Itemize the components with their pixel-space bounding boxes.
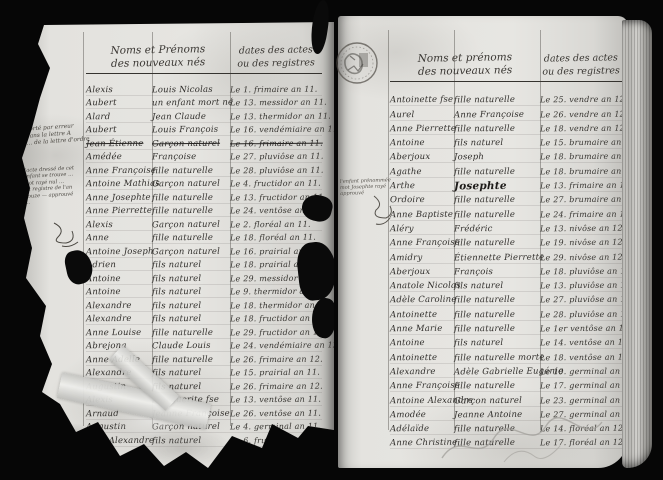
left-page: porté par erreurdans la lettre A… de la … bbox=[18, 20, 334, 472]
surname-cell: Agathe bbox=[390, 167, 454, 178]
given-name-cell: Étiennette Pierrette bbox=[454, 252, 540, 263]
act-date-cell: Le 19. nivôse an 12. bbox=[540, 238, 622, 249]
table-header: Noms et Prénoms des nouveaux nés dates d… bbox=[86, 44, 322, 70]
table-row: Antoinette fille naturelle Le 28. pluviô… bbox=[390, 306, 622, 320]
table-row: Alexis Garçon naturel Le 2. floréal an 1… bbox=[86, 217, 322, 231]
table-row: Aurel Anne Françoise Le 26. vendre an 12… bbox=[390, 106, 622, 120]
given-name-cell: Louis François bbox=[152, 125, 230, 136]
surname-cell: Amédée bbox=[86, 152, 152, 163]
given-name-cell: Garçon naturel bbox=[152, 138, 230, 149]
act-date-cell: Le 10. germinal an 12. bbox=[540, 367, 622, 378]
given-name-cell: fils naturel bbox=[152, 287, 230, 298]
act-date-cell: Le 13. messidor an 11. bbox=[230, 98, 322, 109]
table-row: Anne Louise fille naturelle Le 29. fruct… bbox=[86, 325, 322, 339]
surname-cell: Anne bbox=[86, 233, 152, 244]
table-row: Amidry Étiennette Pierrette Le 29. nivôs… bbox=[390, 249, 622, 263]
act-date-cell: Le 29. fructidor an 11. bbox=[230, 327, 322, 338]
table-row: Anatole Nicolas fils naturel Le 13. pluv… bbox=[390, 278, 622, 292]
given-name-cell: fille naturelle bbox=[454, 124, 540, 135]
header-line: des nouveaux nés bbox=[390, 64, 540, 80]
column-rule bbox=[388, 30, 389, 430]
register-table-right: Noms et prénoms des nouveaux nés dates d… bbox=[390, 52, 622, 449]
act-date-cell: Le 18. thermidor an 11. bbox=[230, 300, 322, 311]
surname-cell: Anne Françoise bbox=[86, 165, 152, 176]
surname-cell: Anne Françoise bbox=[390, 381, 454, 392]
given-name-cell: Frédéric bbox=[454, 224, 540, 235]
surname-cell: Antoinette bbox=[390, 309, 454, 320]
act-date-cell: Le 29. nivôse an 12. bbox=[540, 252, 622, 263]
act-date-cell: Le 16. vendémiaire an 11. bbox=[230, 125, 322, 136]
act-date-cell: Le 4. fructidor an 11. bbox=[230, 179, 322, 190]
surname-cell: Anne Marie bbox=[390, 324, 454, 335]
surname-cell: Alexis bbox=[86, 84, 152, 95]
table-row: Anne Françoise fille naturelle Le 17. ge… bbox=[390, 378, 622, 392]
surname-cell: Aubert bbox=[86, 125, 152, 136]
act-date-cell: Le 26. frimaire an 12. bbox=[230, 354, 322, 365]
given-name-cell: fille naturelle bbox=[454, 95, 540, 106]
given-name-cell: Françoise bbox=[152, 152, 230, 163]
pencil-scribble bbox=[434, 412, 614, 470]
act-date-cell: Le 15. prairial an 11. bbox=[230, 368, 322, 379]
table-row: Arthe Josephte Le 13. frimaire an 12. bbox=[390, 178, 622, 192]
given-name-cell: Jean Claude bbox=[152, 111, 230, 122]
surname-cell: Arthe bbox=[390, 181, 454, 192]
table-row: Adèle Caroline fille naturelle Le 27. pl… bbox=[390, 292, 622, 306]
act-date-cell: Le 26. ventôse an 11. bbox=[230, 408, 322, 419]
surname-cell: Aurel bbox=[390, 109, 454, 120]
given-name-cell: fils naturel bbox=[152, 300, 230, 311]
surname-cell: Aubert bbox=[86, 98, 152, 109]
surname-cell: Adrien bbox=[86, 260, 152, 271]
table-row: Alexandre fils naturel Le 18. thermidor … bbox=[86, 298, 322, 312]
act-date-cell: Le 18. brumaire an 12. bbox=[540, 152, 622, 163]
given-name-cell: fille naturelle bbox=[152, 233, 230, 244]
given-name-cell: fille naturelle bbox=[454, 238, 540, 249]
table-row: Anne Pierrette fille naturelle Le 18. ve… bbox=[390, 121, 622, 135]
act-date-cell: Le 14. ventôse an 12. bbox=[540, 338, 622, 349]
table-row: Aubert un enfant mort né Le 13. messidor… bbox=[86, 96, 322, 110]
surname-cell: Alexandre bbox=[86, 314, 152, 325]
surname-cell: Amidry bbox=[390, 252, 454, 263]
act-date-cell: Le 2. floréal an 11. bbox=[230, 219, 322, 230]
given-name-cell: fils naturel bbox=[152, 260, 230, 271]
surname-cell: Anne Josephte bbox=[86, 192, 152, 203]
given-name-cell: fille naturelle bbox=[454, 295, 540, 306]
act-date-cell: Le 23. germinal an 12. bbox=[540, 395, 622, 406]
column-header-dates: dates des actes ou des registres bbox=[230, 43, 322, 71]
column-header-dates: dates des actes ou des registres bbox=[540, 51, 622, 78]
surname-cell: Antoine bbox=[390, 338, 454, 349]
surname-cell: Anatole Nicolas bbox=[390, 281, 454, 292]
act-date-cell: Le 13. pluviôse an 12. bbox=[540, 281, 622, 292]
surname-cell: Aberjoux bbox=[390, 152, 454, 163]
surname-cell: Antoine Joseph bbox=[86, 246, 152, 257]
table-row: Anne Françoise fille naturelle Le 28. pl… bbox=[86, 163, 322, 177]
given-name-cell: fils naturel bbox=[454, 138, 540, 149]
given-name-cell: fille naturelle bbox=[152, 206, 230, 217]
surname-cell: Adèle Caroline bbox=[390, 295, 454, 306]
surname-cell: Anne Pierrette bbox=[390, 124, 454, 135]
right-page: l'enfant prénomméemot Josephte rayéappro… bbox=[338, 16, 628, 468]
given-name-cell: un enfant mort né bbox=[152, 98, 230, 109]
surname-cell: Alexis bbox=[86, 219, 152, 230]
table-row: Aléry Frédéric Le 13. nivôse an 12. bbox=[390, 221, 622, 235]
given-name-cell: Garçon naturel bbox=[152, 179, 230, 190]
given-name-cell: Josephte bbox=[454, 181, 540, 192]
signature-paraph-icon bbox=[48, 220, 82, 250]
act-date-cell: Le 4. germinal an 11. bbox=[230, 422, 322, 433]
surname-cell: Alexandre bbox=[390, 367, 454, 378]
surname-cell: Ordoire bbox=[390, 195, 454, 206]
given-name-cell: fils naturel bbox=[152, 273, 230, 284]
act-date-cell: Le 17. germinal an 12. bbox=[540, 381, 622, 392]
given-name-cell: fille naturelle bbox=[454, 209, 540, 220]
given-name-cell: François bbox=[454, 266, 540, 277]
archive-stamp-icon bbox=[335, 40, 379, 86]
surname-cell: Antoine bbox=[390, 138, 454, 149]
given-name-cell: fille naturelle bbox=[454, 195, 540, 206]
act-date-cell: Le 15. brumaire an 12. bbox=[540, 138, 622, 149]
given-name-cell: Joseph bbox=[454, 152, 540, 163]
table-row: Antoinette fse fille naturelle Le 25. ve… bbox=[390, 92, 622, 106]
surname-cell: Anne Françoise bbox=[390, 238, 454, 249]
given-name-cell: fille naturelle bbox=[454, 381, 540, 392]
act-date-cell: Le 28. pluviôse an 11. bbox=[230, 165, 322, 176]
given-name-cell: fils naturel bbox=[454, 338, 540, 349]
table-row: Alexandre fils naturel Le 18. fructidor … bbox=[86, 312, 322, 326]
given-name-cell: Garçon naturel bbox=[152, 246, 230, 257]
surname-cell: Antoinette fse bbox=[390, 95, 454, 106]
header-line: ou des registres bbox=[230, 56, 322, 71]
table-row: Antoinette fille naturelle morte Le 18. … bbox=[390, 349, 622, 363]
given-name-cell: Louis Nicolas bbox=[152, 84, 230, 95]
act-date-cell: Le 28. pluviôse an 12. bbox=[540, 309, 622, 320]
register-scan: porté par erreurdans la lettre A… de la … bbox=[0, 0, 663, 480]
act-date-cell: Le 6. fructidor an 12. bbox=[230, 435, 322, 446]
act-date-cell: Le 16. frimaire an 11. bbox=[230, 138, 322, 149]
surname-cell: Anne Pierrette bbox=[86, 206, 152, 217]
table-row: Anne Pierrette fille naturelle Le 24. ve… bbox=[86, 204, 322, 218]
table-row: Anne Marie fille naturelle Le 1er ventôs… bbox=[390, 321, 622, 335]
act-date-cell: Le 26. frimaire an 12. bbox=[230, 381, 322, 392]
table-row: Antoine fils naturel Le 29. messidor an … bbox=[86, 271, 322, 285]
given-name-cell: Garçon naturel bbox=[152, 219, 230, 230]
table-row: Aberjoux François Le 18. pluviôse an 12. bbox=[390, 264, 622, 278]
given-name-cell: fille naturelle bbox=[454, 324, 540, 335]
table-row: Antoine Joseph Garçon naturel Le 16. pra… bbox=[86, 244, 322, 258]
surname-cell: Antoine Mathias bbox=[86, 179, 152, 190]
surname-cell: Anne Baptiste bbox=[390, 209, 454, 220]
act-date-cell: Le 18. vendre an 12. bbox=[540, 124, 622, 135]
table-row: Aubert Louis François Le 16. vendémiaire… bbox=[86, 123, 322, 137]
act-date-cell: Le 27. pluviôse an 11. bbox=[230, 152, 322, 163]
table-row: Anne Josephte fille naturelle Le 13. fru… bbox=[86, 190, 322, 204]
act-date-cell: Le 18. brumaire an 12. bbox=[540, 166, 622, 177]
act-date-cell: Le 27. brumaire an 12. bbox=[540, 195, 622, 206]
given-name-cell: Adèle Gabrielle Eugénie bbox=[454, 367, 540, 378]
table-row: Antoine fils naturel Le 15. brumaire an … bbox=[390, 135, 622, 149]
table-row: Alexis Louis Nicolas Le 1. frimaire an 1… bbox=[86, 82, 322, 96]
book-fore-edge bbox=[622, 20, 652, 468]
given-name-cell: fille naturelle bbox=[152, 165, 230, 176]
surname-cell: Aléry bbox=[390, 224, 454, 235]
table-row: Anne Françoise fille naturelle Le 19. ni… bbox=[390, 235, 622, 249]
table-row: Anne fille naturelle Le 18. floréal an 1… bbox=[86, 231, 322, 245]
surname-cell: Antoine Alexandre bbox=[390, 395, 454, 406]
table-row: Amédée Françoise Le 27. pluviôse an 11. bbox=[86, 150, 322, 164]
header-line: ou des registres bbox=[540, 64, 622, 78]
table-row: Anne Baptiste fille naturelle Le 24. fri… bbox=[390, 206, 622, 220]
act-date-cell: Le 18. fructidor an 11. bbox=[230, 314, 322, 325]
table-header: Noms et prénoms des nouveaux nés dates d… bbox=[390, 52, 622, 78]
surname-cell: Anne Louise bbox=[86, 327, 152, 338]
surname-cell: Antoine bbox=[86, 287, 152, 298]
surname-cell: Antoinette bbox=[390, 352, 454, 363]
act-date-cell: Le 1. frimaire an 11. bbox=[230, 84, 322, 95]
table-row: Alexandre Adèle Gabrielle Eugénie Le 10.… bbox=[390, 364, 622, 378]
surname-cell: Antoine bbox=[86, 273, 152, 284]
act-date-cell: Le 1er ventôse an 12. bbox=[540, 324, 622, 335]
given-name-cell: fille naturelle morte bbox=[454, 352, 540, 363]
column-header-names: Noms et Prénoms des nouveaux nés bbox=[86, 43, 230, 72]
header-line: des nouveaux nés bbox=[86, 56, 230, 72]
act-date-cell: Le 13. thermidor an 11. bbox=[230, 111, 322, 122]
act-date-cell: Le 18. ventôse an 12. bbox=[540, 352, 622, 363]
given-name-cell: Garçon naturel bbox=[454, 395, 540, 406]
given-name-cell: fils naturel bbox=[454, 281, 540, 292]
act-date-cell: Le 13. nivôse an 12. bbox=[540, 224, 622, 235]
act-date-cell: Le 13. ventôse an 11. bbox=[230, 395, 322, 406]
column-header-names: Noms et prénoms des nouveaux nés bbox=[390, 51, 540, 80]
table-row: Ordoire fille naturelle Le 27. brumaire … bbox=[390, 192, 622, 206]
surname-cell: Jean Étienne bbox=[86, 138, 152, 149]
surname-cell: Alexandre bbox=[86, 300, 152, 311]
act-date-cell: Le 24. vendémiaire an 12. bbox=[230, 341, 322, 352]
given-name-cell: fille naturelle bbox=[454, 309, 540, 320]
act-date-cell: Le 24. frimaire an 12. bbox=[540, 209, 622, 220]
surname-cell: Aberjoux bbox=[390, 267, 454, 278]
surname-cell: Alard bbox=[86, 111, 152, 122]
given-name-cell: fille naturelle bbox=[152, 192, 230, 203]
table-row: Antoine Alexandre Garçon naturel Le 23. … bbox=[390, 392, 622, 406]
table-row: Aberjoux Joseph Le 18. brumaire an 12. bbox=[390, 149, 622, 163]
act-date-cell: Le 25. vendre an 12. bbox=[540, 95, 622, 106]
table-row: Adrien fils naturel Le 18. prairial an 1… bbox=[86, 258, 322, 272]
table-row: Antoine fils naturel Le 14. ventôse an 1… bbox=[390, 335, 622, 349]
act-date-cell: Le 13. frimaire an 12. bbox=[540, 181, 622, 192]
table-row: Jean Étienne Garçon naturel Le 16. frima… bbox=[86, 136, 322, 150]
act-date-cell: Le 18. pluviôse an 12. bbox=[540, 267, 622, 278]
table-body: Antoinette fse fille naturelle Le 25. ve… bbox=[390, 84, 622, 449]
table-row: Antoine Mathias Garçon naturel Le 4. fru… bbox=[86, 177, 322, 191]
given-name-cell: fille naturelle bbox=[152, 327, 230, 338]
table-row: Antoine fils naturel Le 9. thermidor an … bbox=[86, 285, 322, 299]
given-name-cell: Claude Louis bbox=[152, 341, 230, 352]
table-row: Agathe fille naturelle Le 18. brumaire a… bbox=[390, 163, 622, 177]
act-date-cell: Le 27. pluviôse an 12. bbox=[540, 295, 622, 306]
table-row: Alard Jean Claude Le 13. thermidor an 11… bbox=[86, 109, 322, 123]
given-name-cell: fille naturelle bbox=[454, 166, 540, 177]
ink-stain bbox=[295, 240, 339, 302]
given-name-cell: fils naturel bbox=[152, 314, 230, 325]
given-name-cell: Anne Françoise bbox=[454, 109, 540, 120]
act-date-cell: Le 26. vendre an 12. bbox=[540, 109, 622, 120]
